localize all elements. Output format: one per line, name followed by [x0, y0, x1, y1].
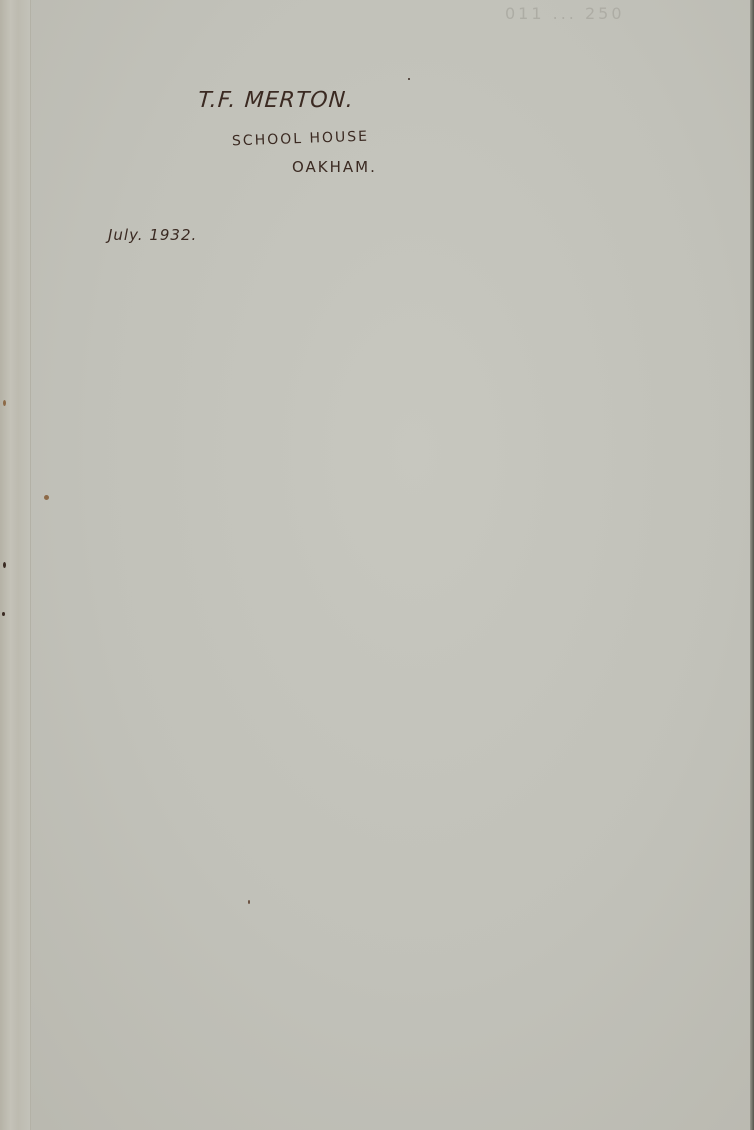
address-line-2: OAKHAM. — [292, 158, 377, 176]
page-edge — [750, 0, 754, 1130]
inscription-date: July. 1932. — [108, 226, 197, 244]
foxing-spot — [408, 78, 410, 80]
foxing-spot — [44, 495, 49, 500]
owner-name: T.F. MERTON. — [197, 88, 355, 113]
foxing-spot — [248, 900, 250, 904]
pencil-shelf-mark: 011 ... 250 — [505, 4, 625, 23]
foxing-spot — [3, 400, 6, 406]
foxing-spot — [2, 612, 5, 616]
flyleaf-page: 011 ... 250 T.F. MERTON. SCHOOL HOUSE OA… — [0, 0, 754, 1130]
address-line-1: SCHOOL HOUSE — [232, 129, 369, 150]
foxing-spot — [3, 562, 6, 568]
